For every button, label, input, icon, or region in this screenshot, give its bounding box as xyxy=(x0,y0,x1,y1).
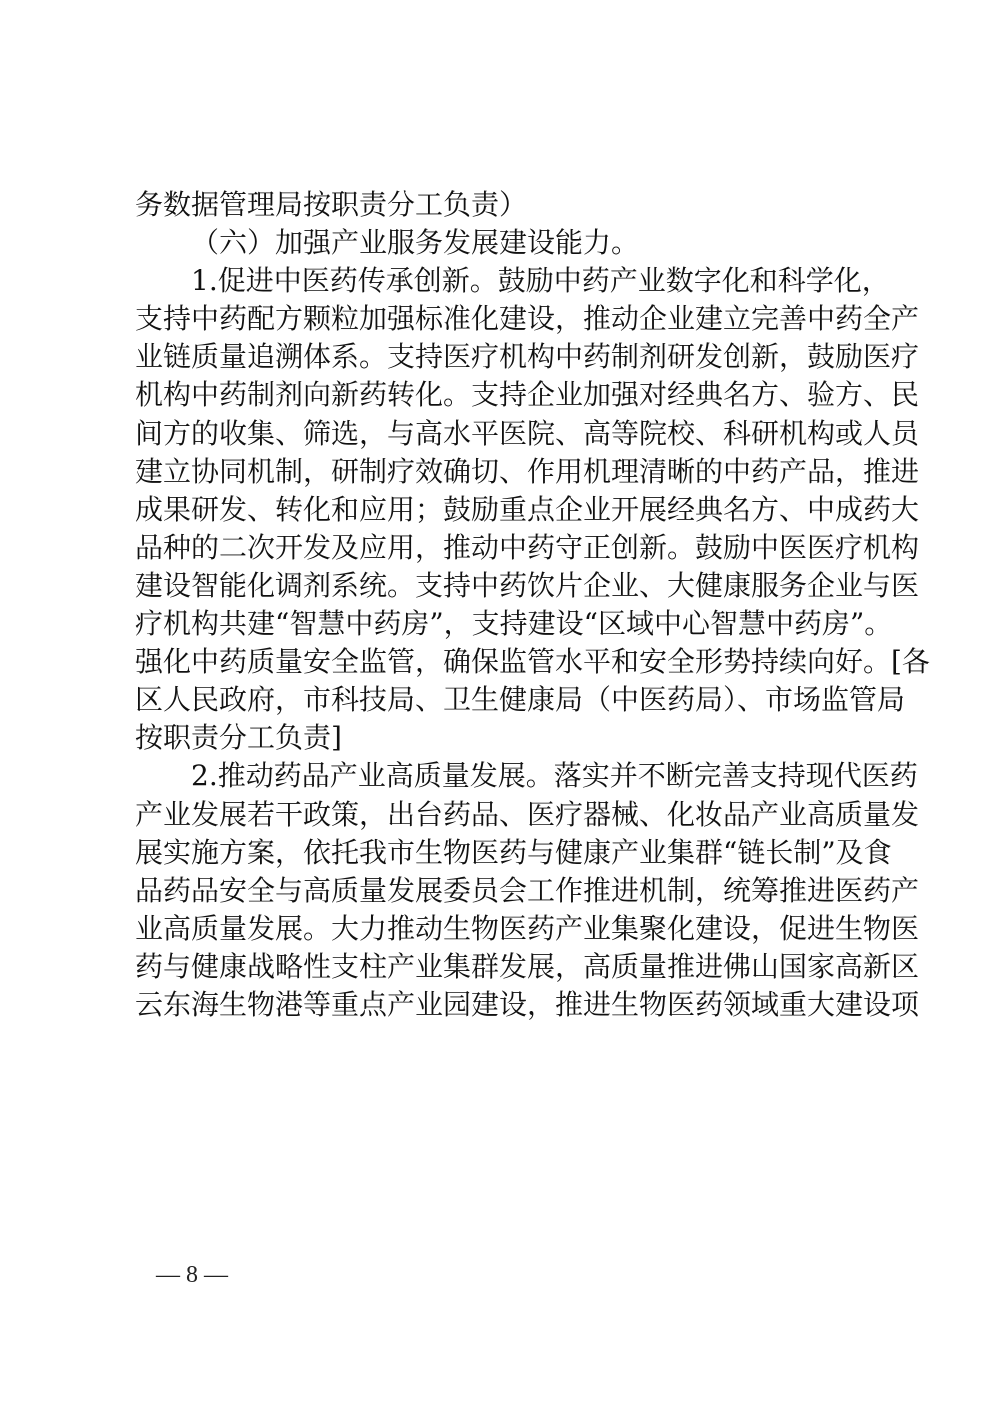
section-heading: （六）加强产业服务发展建设能力。 xyxy=(135,224,875,262)
text-line: 区人民政府，市科技局、卫生健康局（中医药局）、市场监管局 xyxy=(135,681,875,719)
text-line: 疗机构共建“智慧中药房”，支持建设“区域中心智慧中药房”。 xyxy=(135,605,875,643)
text-line: 强化中药质量安全监管，确保监管水平和安全形势持续向好。[各 xyxy=(135,643,875,681)
item-1-first-line: 1.促进中医药传承创新。鼓励中药产业数字化和科学化， xyxy=(135,262,875,300)
text-line: 业高质量发展。大力推动生物医药产业集聚化建设，促进生物医 xyxy=(135,910,875,948)
text-line: 品种的二次开发及应用，推动中药守正创新。鼓励中医医疗机构 xyxy=(135,529,875,567)
text-line: 药与健康战略性支柱产业集群发展，高质量推进佛山国家高新区 xyxy=(135,948,875,986)
page-number: — 8 — xyxy=(156,1262,228,1289)
text-line: 品药品安全与高质量发展委员会工作推进机制，统筹推进医药产 xyxy=(135,872,875,910)
text-line: 产业发展若干政策，出台药品、医疗器械、化妆品产业高质量发 xyxy=(135,796,875,834)
document-body: 务数据管理局按职责分工负责） （六）加强产业服务发展建设能力。 1.促进中医药传… xyxy=(135,186,875,1024)
text-line: 业链质量追溯体系。支持医疗机构中药制剂研发创新，鼓励医疗 xyxy=(135,338,875,376)
text-line: 建设智能化调剂系统。支持中药饮片企业、大健康服务企业与医 xyxy=(135,567,875,605)
text-line: 云东海生物港等重点产业园建设，推进生物医药领域重大建设项 xyxy=(135,986,875,1024)
text-line: 建立协同机制，研制疗效确切、作用机理清晰的中药产品，推进 xyxy=(135,453,875,491)
text-line-paragraph-end: 按职责分工负责] xyxy=(135,719,875,757)
item-2-first-line: 2.推动药品产业高质量发展。落实并不断完善支持现代医药 xyxy=(135,757,875,795)
text-line: 成果研发、转化和应用；鼓励重点企业开展经典名方、中成药大 xyxy=(135,491,875,529)
text-line: 机构中药制剂向新药转化。支持企业加强对经典名方、验方、民 xyxy=(135,376,875,414)
text-line: 间方的收集、筛选，与高水平医院、高等院校、科研机构或人员 xyxy=(135,415,875,453)
text-line: 展实施方案，依托我市生物医药与健康产业集群“链长制”及食 xyxy=(135,834,875,872)
text-line-continuation: 务数据管理局按职责分工负责） xyxy=(135,186,875,224)
text-line: 支持中药配方颗粒加强标准化建设，推动企业建立完善中药全产 xyxy=(135,300,875,338)
